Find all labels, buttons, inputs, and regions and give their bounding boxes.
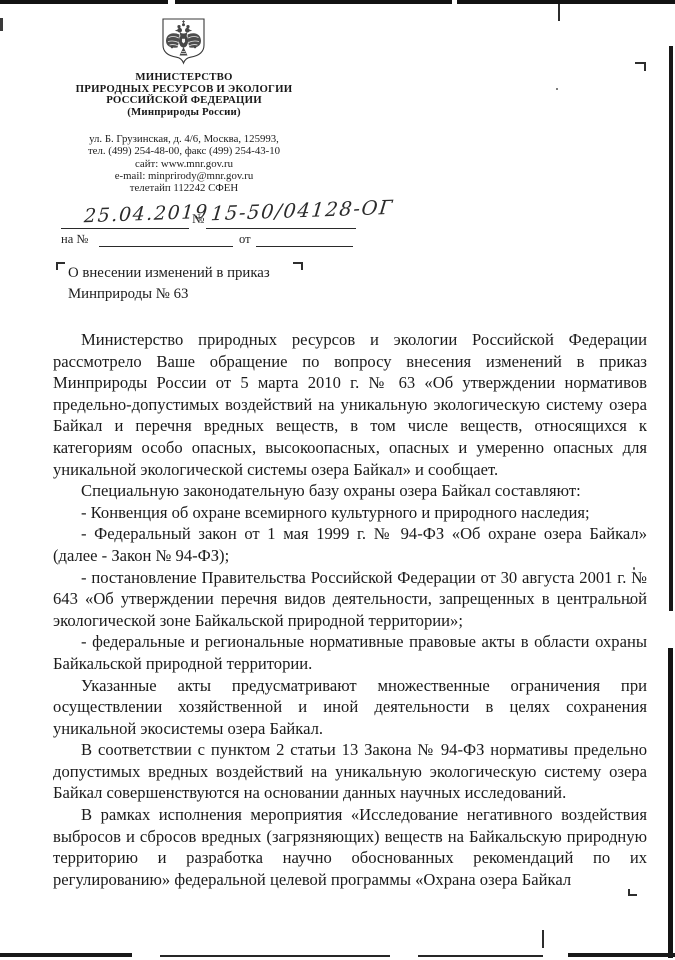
scan-top-edge-gap [452,0,457,4]
scan-bottom-edge [418,955,543,957]
address-line: телетайп 112242 СФЕН [64,182,304,194]
reply-number-fill-line [99,246,233,247]
scan-bottom-edge [568,953,675,957]
scan-left-mark [0,18,3,31]
coat-of-arms-emblem-icon [159,17,208,72]
ministry-name-line: МИНИСТЕРСТВО [64,72,304,84]
number-sign-label: № [192,211,204,227]
body-paragraph: В соответствии с пунктом 2 статьи 13 Зак… [53,739,647,804]
scan-bottom-edge [0,953,132,957]
scan-right-edge [669,46,673,611]
body-paragraph: - федеральные и региональные нормативные… [53,631,647,674]
address-line: ул. Б. Грузинская, д. 4/6, Москва, 12599… [64,133,304,145]
corner-mark-top-right [293,262,303,270]
body-paragraph: Указанные акты предусматривают множестве… [53,675,647,740]
outgoing-number-handwritten: 15-50/04128-ОГ [210,196,395,225]
scan-speck [556,88,558,90]
address-line: e-mail: minprirody@mnr.gov.ru [64,170,304,182]
reply-number-label: на № [61,232,88,247]
address-line: тел. (499) 254-48-00, факс (499) 254-43-… [64,145,304,157]
reply-date-fill-line [256,246,353,247]
scan-top-edge-gap [168,0,175,4]
registration-tick-mark [558,4,560,21]
scan-right-edge [668,648,673,958]
body-paragraph: - постановление Правительства Российской… [53,567,647,632]
scan-bottom-edge [160,955,390,957]
body-paragraph: Министерство природных ресурсов и эколог… [53,329,647,480]
body-paragraph: - Конвенция об охране всемирного культур… [53,502,647,524]
registration-tick-mark [542,930,544,948]
body-paragraph: Специальную законодательную базу охраны … [53,480,647,502]
outgoing-date-handwritten: 25.04.2019 [83,201,209,227]
letter-body: Министерство природных ресурсов и эколог… [53,329,647,890]
ministry-name-line: (Минприроды России) [64,107,304,119]
letterhead-ministry-name: МИНИСТЕРСТВО ПРИРОДНЫХ РЕСУРСОВ И ЭКОЛОГ… [64,72,304,118]
reply-date-label: от [239,232,251,247]
body-paragraph: - Федеральный закон от 1 мая 1999 г. № 9… [53,523,647,566]
letter-subject: О внесении изменений в приказ Минприроды… [68,263,290,304]
body-paragraph: В рамках исполнения мероприятия «Исследо… [53,804,647,890]
corner-mark-page-top-right [635,62,646,71]
address-line: сайт: www.mnr.gov.ru [64,158,304,170]
subject-line: О внесении изменений в приказ [68,263,290,284]
letterhead-address-block: ул. Б. Грузинская, д. 4/6, Москва, 12599… [64,133,304,194]
corner-mark-top-left [56,262,65,270]
number-fill-line [206,228,356,229]
scanned-letter-page: МИНИСТЕРСТВО ПРИРОДНЫХ РЕСУРСОВ И ЭКОЛОГ… [0,0,675,960]
scan-top-edge [0,0,675,4]
subject-line: Минприроды № 63 [68,284,290,305]
date-fill-line [61,228,189,229]
